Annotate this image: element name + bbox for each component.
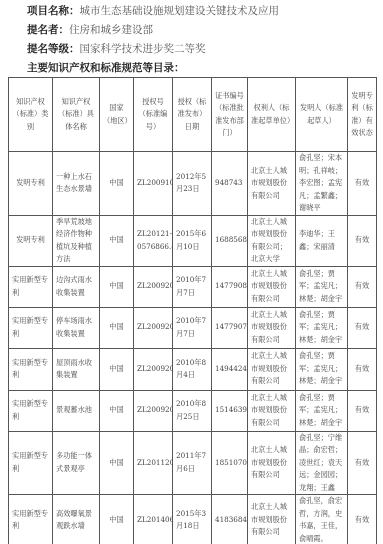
cell-category: 发明专利 [9,215,53,266]
cell-auth-no: ZL200920246367.6 [134,266,173,307]
cell-holder: 北京土人城市规划股份有限公司 [248,307,296,348]
cell-date: 2010年8月25日 [173,390,212,431]
cell-country: 中国 [100,266,134,307]
cell-cert-no: 1514639 [212,390,248,431]
cell-auth-no: ZL20140697027.6 [134,495,173,544]
cell-category: 实用新型专利 [9,348,53,390]
cell-date: 2012年5月23日 [173,152,212,216]
cell-inventors: 俞孔坚，俞宏哲，方润，史书嘉，王佳，俞晴霞。 [296,495,348,544]
cell-country: 中国 [100,307,134,348]
cell-cert-no: 1477908 [212,266,248,307]
cell-category: 实用新型专利 [9,307,53,348]
cell-name: 多功能一体式景观亭 [53,431,100,495]
col-header-status: 发明专利（标准）有效状态 [348,78,377,152]
cell-inventors: 俞孔坚；贾军；孟宪凡；林楚；胡金宇 [296,266,348,307]
cell-holder: 北京土人城市规划股份有限公司 [248,348,296,390]
cell-inventors: 俞孔坚；宁维晶；俞宏哲；凌世红；袁天远；金园园；龙翔；王鑫 [296,431,348,495]
cell-category: 实用新型专利 [9,390,53,431]
nominator-value: 住房和城乡建设部 [69,24,153,36]
col-header-name: 知识产权（标准）具体名称 [53,78,100,152]
cell-country: 中国 [100,152,134,216]
cell-holder: 北京土人城市规划股份有限公司 [248,390,296,431]
project-name-line: 项目名称：城市生态基础设施规划建设关键技术及应用 [27,4,279,18]
col-header-country: 国家（地区） [100,78,134,152]
col-header-category: 知识产权（标准）类别 [9,78,53,152]
table-row: 实用新型专利 停车场雨水收集装置 中国 ZL200920246366.1 201… [9,307,377,348]
col-header-inventors: 发明人（标准起草人） [296,78,348,152]
cell-date: 2015年6月10日 [173,215,212,266]
catalog-title-line: 主要知识产权和标准规范等目录： [27,61,185,75]
cell-country: 中国 [100,215,134,266]
cell-status: 有效 [348,152,377,216]
cell-country: 中国 [100,390,134,431]
cell-inventors: 俞孔坚；贾军；孟宪凡；林楚；胡金宇 [296,390,348,431]
cell-auth-no: ZL201120108825.7 [134,431,173,495]
cell-date: 2015年3月18日 [173,495,212,544]
nomination-level-line: 提名等级：国家科学技术进步奖二等奖 [27,42,206,56]
cell-status: 有效 [348,431,377,495]
cell-cert-no: 1477907 [212,307,248,348]
cell-auth-no: ZL200920246369.5 [134,348,173,390]
table-row: 实用新型专利 多功能一体式景观亭 中国 ZL201120108825.7 201… [9,431,377,495]
cell-name: 季旱荒坡地经济作物种植坑及种植方法 [53,215,100,266]
cell-cert-no: 1851070 [212,431,248,495]
table-row: 实用新型专利 景观蓄水池 中国 ZL200920246368.0 2010年8月… [9,390,377,431]
ip-catalog-table: 知识产权（标准）类别 知识产权（标准）具体名称 国家（地区） 授权号（标准编号）… [8,77,377,544]
cell-category: 实用新型专利 [9,266,53,307]
table-row: 发明专利 季旱荒坡地经济作物种植坑及种植方法 中国 ZL20121-057686… [9,215,377,266]
cell-name: 停车场雨水收集装置 [53,307,100,348]
nominator-label: 提名者： [27,24,69,36]
col-header-holder: 权利人（标准起草单位） [248,78,296,152]
cell-holder: 北京土人城市规划股份有限公司 [248,152,296,216]
project-name-label: 项目名称： [27,5,80,17]
cell-status: 有效 [348,495,377,544]
table-row: 实用新型专利 屋顶雨水收集装置 中国 ZL200920246369.5 2010… [9,348,377,390]
cell-status: 有效 [348,215,377,266]
col-header-auth-no: 授权号（标准编号） [134,78,173,152]
cell-name: 边沟式雨水收集装置 [53,266,100,307]
nominator-line: 提名者：住房和城乡建设部 [27,23,153,37]
cell-status: 有效 [348,390,377,431]
col-header-cert-no: 证书编号（标准批准发布部门） [212,78,248,152]
nomination-level-label: 提名等级： [27,43,80,55]
cell-country: 中国 [100,431,134,495]
table-body: 发明专利 一种上水石生态水景墙 中国 ZL200910093574.7 2012… [9,152,377,544]
cell-cert-no: 1688568 [212,215,248,266]
table-row: 实用新型专利 高效曝氧景观跌水墙 中国 ZL20140697027.6 2015… [9,495,377,544]
cell-auth-no: ZL200910093574.7 [134,152,173,216]
cell-name: 一种上水石生态水景墙 [53,152,100,216]
cell-status: 有效 [348,307,377,348]
cell-inventors: 俞孔坚；宋本明；孔祥岐；李宏图；孟宪凡；孟繁鑫；谢晓平 [296,152,348,216]
cell-inventors: 李迪华；王鑫；宋丽清 [296,215,348,266]
project-name-value: 城市生态基础设施规划建设关键技术及应用 [80,5,280,17]
cell-holder: 北京土人城市规划股份有限公司；北京大学 [248,215,296,266]
cell-cert-no: 4183684 [212,495,248,544]
cell-name: 景观蓄水池 [53,390,100,431]
cell-holder: 北京土人城市规划股份有限公司 [248,266,296,307]
cell-country: 中国 [100,495,134,544]
cell-name: 屋顶雨水收集装置 [53,348,100,390]
cell-status: 有效 [348,266,377,307]
cell-date: 2010年7月7日 [173,307,212,348]
cell-inventors: 俞孔坚；贾军；孟宪凡；林楚；胡金宇 [296,348,348,390]
cell-auth-no: ZL20121-0576866.8 [134,215,173,266]
cell-auth-no: ZL200920246366.1 [134,307,173,348]
catalog-title: 主要知识产权和标准规范等目录： [27,62,185,74]
table-row: 实用新型专利 边沟式雨水收集装置 中国 ZL200920246367.6 201… [9,266,377,307]
cell-date: 2010年8月4日 [173,348,212,390]
table-row: 发明专利 一种上水石生态水景墙 中国 ZL200910093574.7 2012… [9,152,377,216]
cell-category: 实用新型专利 [9,431,53,495]
cell-category: 发明专利 [9,152,53,216]
cell-holder: 北京土人城市规划股份有限公司 [248,495,296,544]
nomination-level-value: 国家科学技术进步奖二等奖 [80,43,206,55]
cell-auth-no: ZL200920246368.0 [134,390,173,431]
table-header-row: 知识产权（标准）类别 知识产权（标准）具体名称 国家（地区） 授权号（标准编号）… [9,78,377,152]
cell-date: 2010年7月7日 [173,266,212,307]
cell-holder: 北京土人城市规划股份有限公司 [248,431,296,495]
cell-name: 高效曝氧景观跌水墙 [53,495,100,544]
col-header-date: 授权（标准发布）日期 [173,78,212,152]
cell-cert-no: 948743 [212,152,248,216]
cell-inventors: 俞孔坚；贾军；孟宪凡；林楚；胡金宇 [296,307,348,348]
cell-status: 有效 [348,348,377,390]
cell-category: 实用新型专利 [9,495,53,544]
cell-date: 2011年7月6日 [173,431,212,495]
cell-country: 中国 [100,348,134,390]
cell-cert-no: 1494424 [212,348,248,390]
